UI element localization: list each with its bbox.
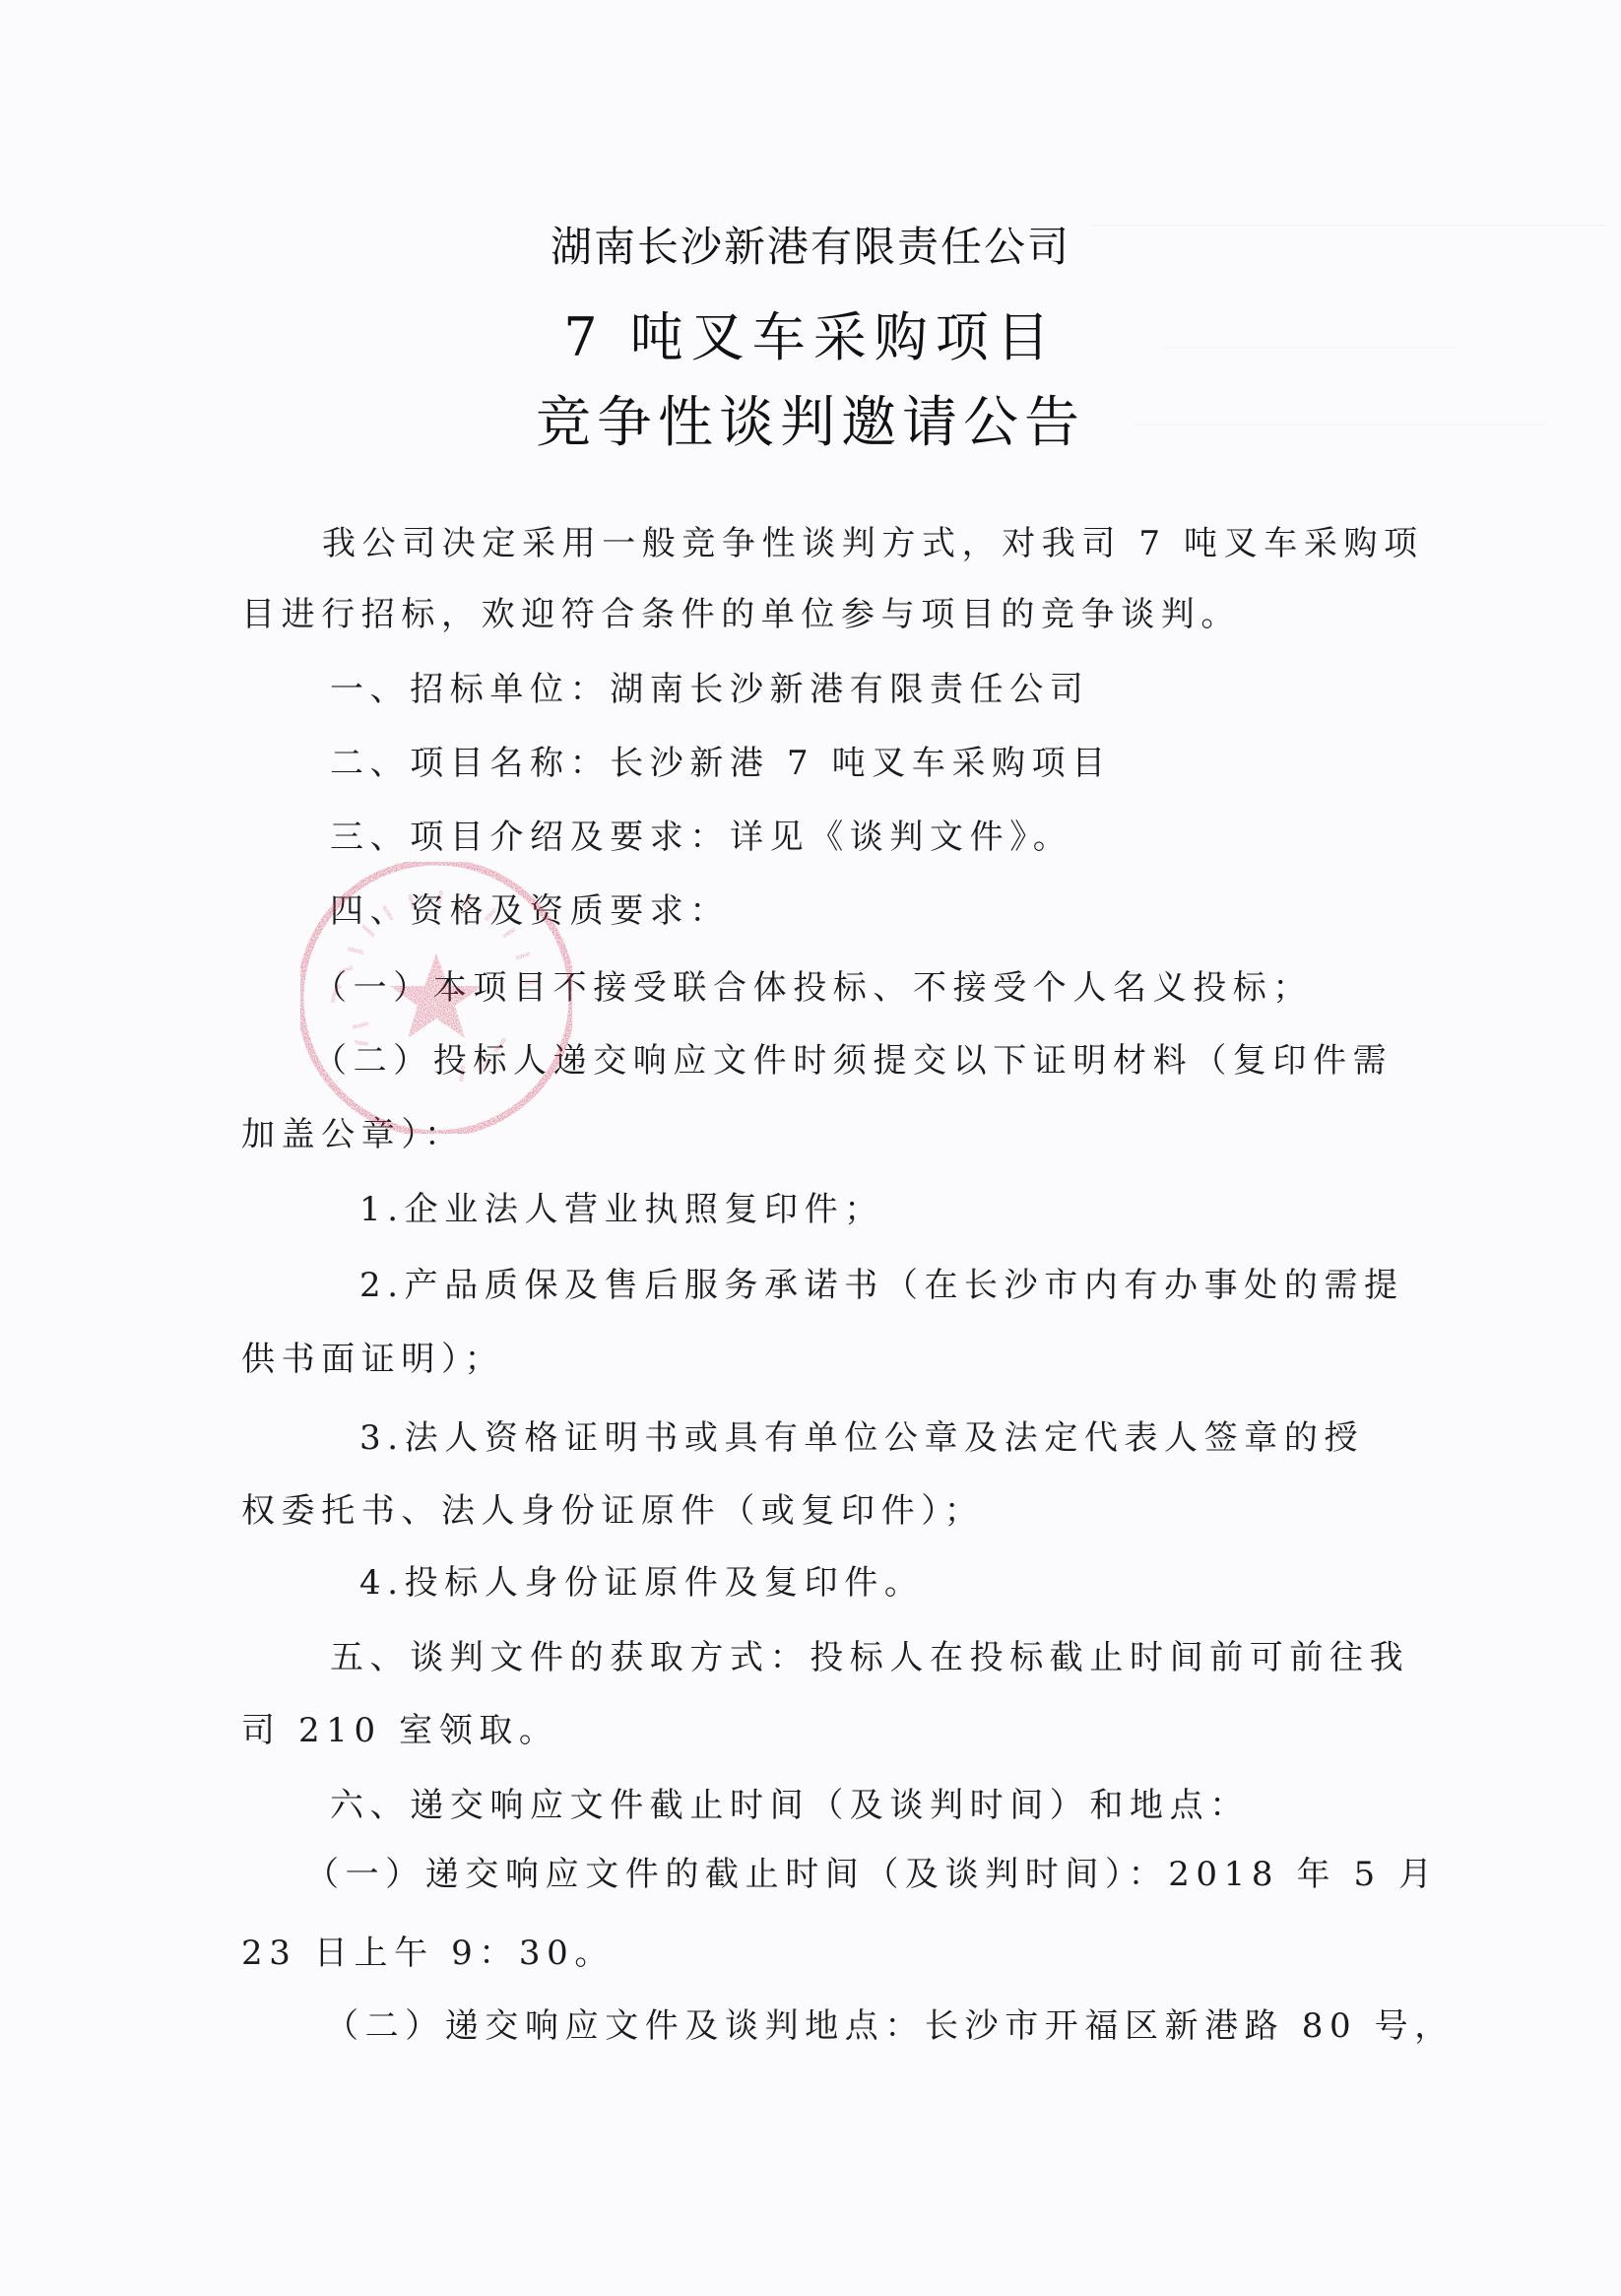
text-line-req-3b: 权委托书、法人身份证原件（或复印件）； (241, 1491, 984, 1531)
text-line-item-6-1a: （一）递交响应文件的截止时间（及谈判时间）：2018 年 5 月 (305, 1855, 1439, 1894)
text-line-req-2b: 供书面证明）； (241, 1340, 504, 1379)
text-line-item-1: 一、招标单位：湖南长沙新港有限责任公司 (330, 670, 1089, 709)
text-line-intro-2: 目进行招标，欢迎符合条件的单位参与项目的竞争谈判。 (241, 595, 1241, 634)
text-line-item-5a: 五、谈判文件的获取方式：投标人在投标截止时间前可前往我 (330, 1638, 1409, 1677)
title-company: 湖南长沙新港有限责任公司 (0, 215, 1621, 274)
text-line-item-5b: 司 210 室领取。 (241, 1711, 559, 1750)
text-line-item-4: 四、资格及资质要求： (330, 891, 730, 931)
text-line-item-4-1: （一）本项目不接受联合体投标、不接受个人名义投标； (313, 968, 1313, 1008)
text-line-intro-1: 我公司决定采用一般竞争性谈判方式，对我司 7 吨叉车采购项 (322, 524, 1424, 563)
text-line-req-3a: 3.法人资格证明书或具有单位公章及法定代表人签章的授 (359, 1418, 1364, 1458)
text-line-item-6: 六、递交响应文件截止时间（及谈判时间）和地点： (330, 1786, 1250, 1825)
document-page: 湖南长沙新港有限责任公司 7 吨叉车采购项目 竞争性谈判邀请公告 我公司决定采用… (0, 0, 1621, 2296)
text-line-item-6-2: （二）递交响应文件及谈判地点：长沙市开福区新港路 80 号， (325, 2006, 1455, 2046)
text-line-item-4-2a: （二）投标人递交响应文件时须提交以下证明材料（复印件需 (313, 1041, 1393, 1081)
text-line-item-3: 三、项目介绍及要求：详见《谈判文件》。 (330, 818, 1072, 857)
text-line-req-1: 1.企业法人营业执照复印件； (359, 1190, 884, 1229)
title-project: 7 吨叉车采购项目 (0, 295, 1621, 371)
text-line-req-2a: 2.产品质保及售后服务承诺书（在长沙市内有办事处的需提 (359, 1266, 1404, 1305)
text-line-item-2: 二、项目名称：长沙新港 7 吨叉车采购项目 (330, 744, 1112, 783)
text-line-req-4: 4.投标人身份证原件及复印件。 (359, 1563, 924, 1603)
title-notice: 竞争性谈判邀请公告 (0, 379, 1621, 458)
text-line-item-4-2b: 加盖公章）： (241, 1115, 465, 1154)
text-line-item-6-1b: 23 日上午 9：30。 (241, 1934, 615, 1973)
